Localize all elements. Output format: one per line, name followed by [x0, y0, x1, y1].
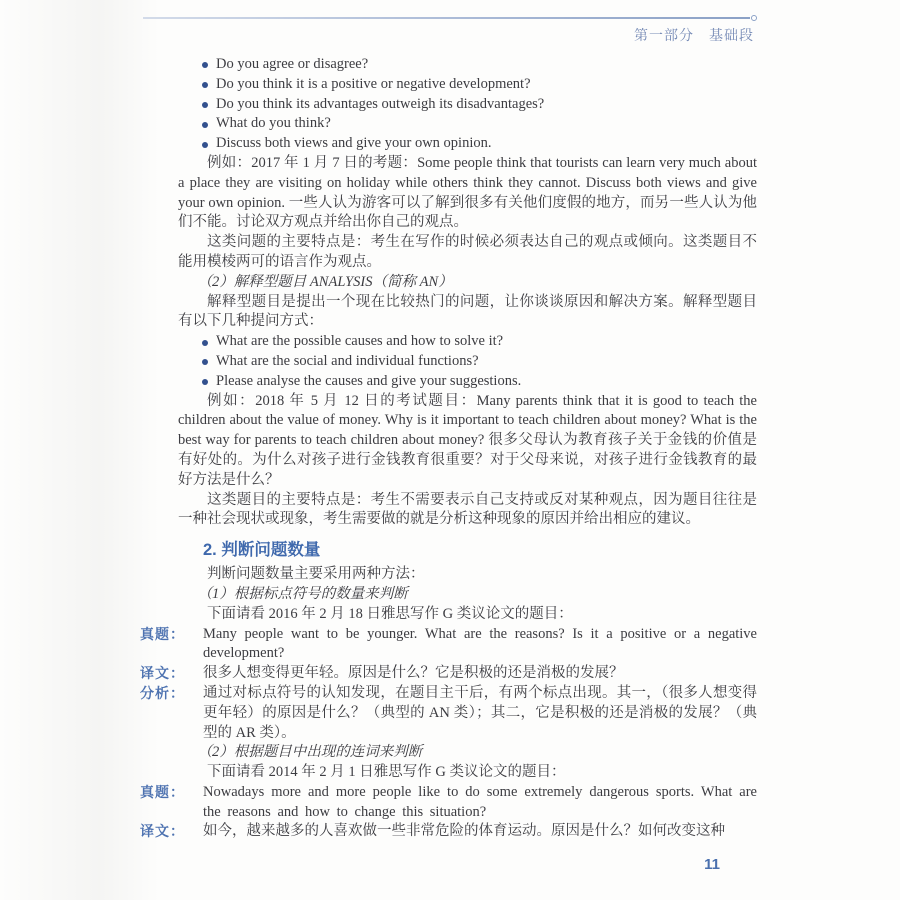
- bullet-icon: [202, 122, 208, 128]
- rule-end-circle-icon: [751, 15, 757, 21]
- paragraph-example-2017: 例如：2017 年 1 月 7 日的考题：Some people think t…: [178, 154, 757, 233]
- paragraph-ar-features: 这类问题的主要特点是：考生在写作的时候必须表达自己的观点或倾向。这类题目不能用模…: [178, 233, 757, 273]
- bullet-icon: [202, 142, 208, 148]
- list-item: Do you think its advantages outweigh its…: [202, 95, 757, 115]
- qa-row-translation: 译文： 很多人想变得更年轻。原因是什么？它是积极的还是消极的发展？: [140, 664, 757, 684]
- list-item: Do you agree or disagree?: [202, 55, 757, 75]
- header-rule: [143, 17, 750, 19]
- list-item-text: Discuss both views and give your own opi…: [216, 134, 491, 154]
- paragraph-an-features: 这类题目的主要特点是：考生不需要表示自己支持或反对某种观点，因为题目往往是一种社…: [178, 491, 757, 531]
- book-page: 第一部分 基础段 Do you agree or disagree? Do yo…: [0, 0, 900, 900]
- list-item-text: Do you agree or disagree?: [216, 55, 368, 75]
- list-item-text: Please analyse the causes and give your …: [216, 372, 521, 392]
- paragraph-method2-lead: 下面请看 2014 年 2 月 1 日雅思写作 G 类议论文的题目：: [178, 763, 757, 783]
- paragraph-section2-intro: 判断问题数量主要采用两种方法：: [178, 565, 757, 585]
- page-content: Do you agree or disagree? Do you think i…: [178, 55, 757, 842]
- qa-label: 译文：: [140, 664, 203, 684]
- page-number: 11: [698, 856, 726, 873]
- bullet-icon: [202, 340, 208, 346]
- qa-text: Many people want to be younger. What are…: [203, 625, 757, 665]
- bullet-icon: [202, 62, 208, 68]
- qa-row-question: 真题： Nowadays more and more people like t…: [140, 783, 757, 823]
- list-item: Please analyse the causes and give your …: [202, 372, 757, 392]
- qa-row-analysis: 分析： 通过对标点符号的认知发现，在题目主干后，有两个标点出现。其一，（很多人想…: [140, 684, 757, 743]
- list-item-text: What are the social and individual funct…: [216, 352, 479, 372]
- qa-block-2: 真题： Nowadays more and more people like t…: [178, 783, 757, 842]
- qa-label: 分析：: [140, 684, 203, 743]
- list-item: What are the social and individual funct…: [202, 352, 757, 372]
- qa-block-1: 真题： Many people want to be younger. What…: [178, 625, 757, 744]
- bullet-icon: [202, 102, 208, 108]
- list-item-text: Do you think it is a positive or negativ…: [216, 75, 531, 95]
- bullet-icon: [202, 82, 208, 88]
- bullet-icon: [202, 359, 208, 365]
- list-item-text: Do you think its advantages outweigh its…: [216, 95, 544, 115]
- qa-text: Nowadays more and more people like to do…: [203, 783, 757, 823]
- running-head: 第一部分 基础段: [634, 25, 754, 45]
- list-item: What are the possible causes and how to …: [202, 332, 757, 352]
- subheading-an-type: （2）解释型题目 ANALYSIS（简称 AN）: [178, 273, 757, 293]
- paragraph-an-intro: 解释型题目是提出一个现在比较热门的问题，让你谈谈原因和解决方案。解释型题目有以下…: [178, 293, 757, 333]
- subheading-method2: （2）根据题目中出现的连词来判断: [178, 743, 757, 763]
- qa-row-translation: 译文： 如今，越来越多的人喜欢做一些非常危险的体育运动。原因是什么？如何改变这种: [140, 822, 757, 842]
- page-gutter-shade: [0, 0, 160, 900]
- an-question-list: What are the possible causes and how to …: [178, 332, 757, 391]
- section-heading: 2. 判断问题数量: [203, 539, 757, 561]
- qa-label: 真题：: [140, 783, 203, 823]
- list-item: What do you think?: [202, 114, 757, 134]
- qa-row-question: 真题： Many people want to be younger. What…: [140, 625, 757, 665]
- list-item-text: What do you think?: [216, 114, 331, 134]
- subheading-method1: （1）根据标点符号的数量来判断: [178, 585, 757, 605]
- list-item: Do you think it is a positive or negativ…: [202, 75, 757, 95]
- qa-label: 译文：: [140, 822, 203, 842]
- paragraph-example-2018: 例如：2018 年 5 月 12 日的考试题目：Many parents thi…: [178, 392, 757, 491]
- bullet-icon: [202, 379, 208, 385]
- qa-text: 如今，越来越多的人喜欢做一些非常危险的体育运动。原因是什么？如何改变这种: [203, 822, 757, 842]
- ar-question-list: Do you agree or disagree? Do you think i…: [178, 55, 757, 154]
- list-item: Discuss both views and give your own opi…: [202, 134, 757, 154]
- qa-label: 真题：: [140, 625, 203, 665]
- paragraph-method1-lead: 下面请看 2016 年 2 月 18 日雅思写作 G 类议论文的题目：: [178, 605, 757, 625]
- list-item-text: What are the possible causes and how to …: [216, 332, 503, 352]
- qa-text: 通过对标点符号的认知发现，在题目主干后，有两个标点出现。其一，（很多人想变得更年…: [203, 684, 757, 743]
- qa-text: 很多人想变得更年轻。原因是什么？它是积极的还是消极的发展？: [203, 664, 757, 684]
